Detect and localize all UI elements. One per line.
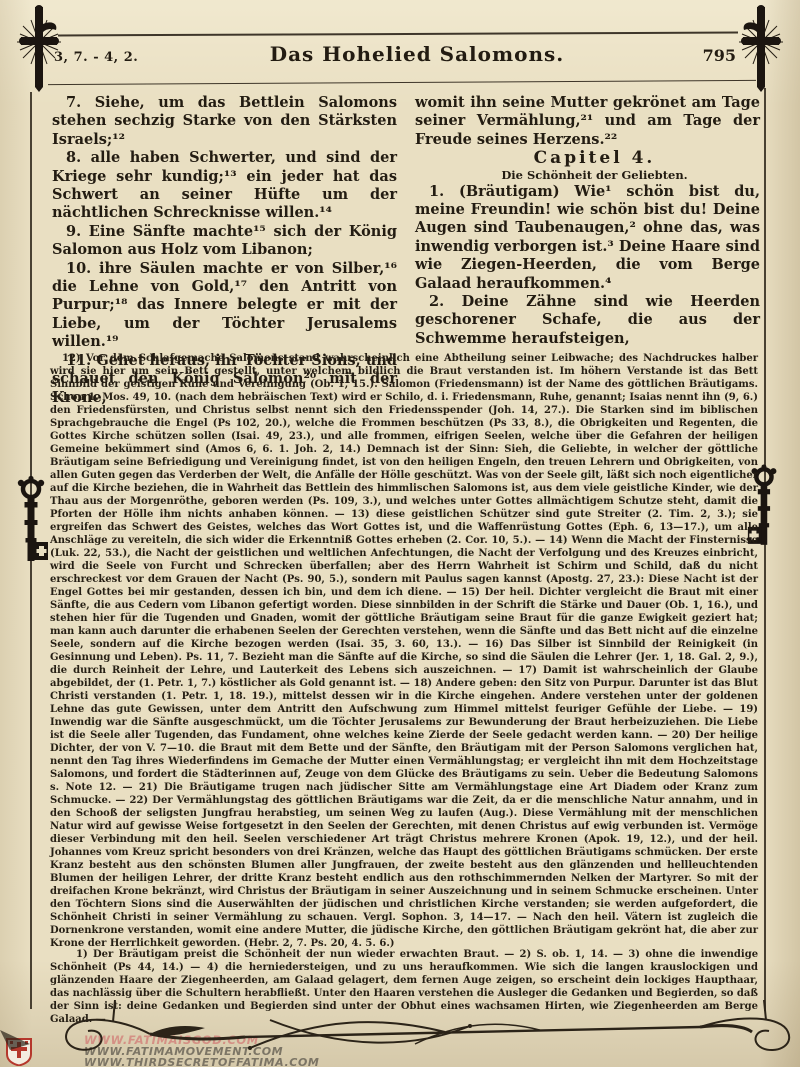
- footnote: 12) Vor dem Schlafgemache Salomons stand…: [50, 353, 758, 520]
- verse-range: 3, 7. - 4, 2.: [40, 50, 190, 65]
- header-divider-rule: [48, 80, 756, 85]
- footnote: 2) S. ob. 1, 14.: [504, 949, 607, 960]
- verse: 9. Eine Sänfte machte¹⁵ sich der König S…: [52, 223, 397, 260]
- verse: 2. Deine Zähne sind wie Heerden geschore…: [415, 293, 760, 348]
- page-title: Das Hohelied Salomons.: [190, 42, 644, 66]
- page-number: 795: [644, 46, 764, 65]
- footnote: 1) Der Bräutigam preist die Schönheit de…: [76, 949, 499, 960]
- footnote: 22) Der Vermählungstag des göttlichen Br…: [50, 795, 758, 949]
- chapter-subtitle: Die Schönheit der Geliebten.: [415, 168, 760, 183]
- verse: 10. ihre Säulen machte er von Silber,¹⁶ …: [52, 260, 397, 352]
- verse: 8. alle haben Schwerter, und sind der Kr…: [52, 149, 397, 223]
- chapter-heading: Capitel 4.: [415, 149, 760, 167]
- top-border-rule: [58, 32, 738, 37]
- verse: 7. Siehe, um das Bettlein Salomons stehe…: [52, 94, 397, 149]
- footnotes-chapter3: 12) Vor dem Schlafgemache Salomons stand…: [50, 352, 758, 950]
- book-page: 3, 7. - 4, 2. Das Hohelied Salomons. 795…: [0, 0, 800, 1067]
- verse-continuation: womit ihn seine Mutter gekrönet am Tage …: [415, 94, 760, 149]
- verse: 1. (Bräutigam) Wie¹ schön bist du, meine…: [415, 183, 760, 293]
- key-ornament-icon: [14, 476, 50, 568]
- page-header: 3, 7. - 4, 2. Das Hohelied Salomons. 795: [40, 42, 764, 66]
- scroll-flourish-icon: [0, 1000, 800, 1062]
